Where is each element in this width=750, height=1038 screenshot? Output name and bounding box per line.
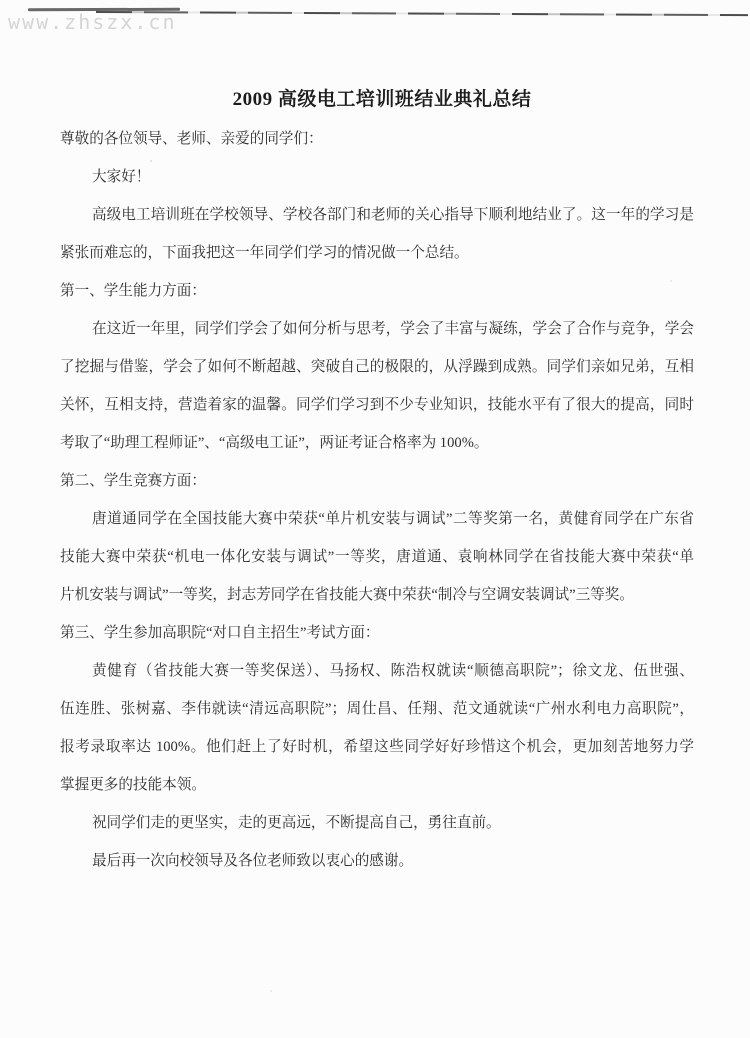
doc-line: 考取了“助理工程师证”、“高级电工证”，两证考证合格率为 100%。 [60,424,694,462]
doc-line: 唐道通同学在全国技能大赛中荣获“单片机安装与调试”二等奖第一名，黄健育同学在广东… [60,500,694,538]
document-title: 2009 高级电工培训班结业典礼总结 [0,84,750,111]
doc-line-greeting: 大家好！ [60,158,694,196]
doc-line: 报考录取率达 100%。他们赶上了好时机，希望这些同学好好珍惜这个机会，更加刻苦… [60,728,694,766]
scanned-document-page: www.zhszx.cn 2009 高级电工培训班结业典礼总结 尊敬的各位领导、… [0,0,750,1038]
doc-line: 高级电工培训班在学校领导、学校各部门和老师的关心指导下顺利地结业了。这一年的学习… [60,196,694,234]
doc-line: 祝同学们走的更坚实，走的更高远，不断提高自己，勇往直前。 [60,804,694,842]
doc-line: 伍连胜、张树嘉、李伟就读“清远高职院”；周仕昌、任翔、范文通就读“广州水利电力高… [60,690,694,728]
doc-line: 技能大赛中荣获“机电一体化安装与调试”一等奖，唐道通、袁响林同学在省技能大赛中荣… [60,538,694,576]
doc-line: 了挖掘与借鉴，学会了如何不断超越、突破自己的极限的，从浮躁到成熟。同学们亲如兄弟… [60,348,694,386]
doc-line-section-2: 第二、学生竞赛方面： [60,462,694,500]
doc-line-section-1: 第一、学生能力方面： [60,272,694,310]
doc-line-section-3: 第三、学生参加高职院“对口自主招生”考试方面： [60,614,694,652]
doc-line-closing: 最后再一次向校领导及各位老师致以衷心的感谢。 [60,842,694,880]
site-watermark: www.zhszx.cn [8,10,177,34]
doc-line: 黄健育（省技能大赛一等奖保送）、马扬权、陈浩权就读“顺德高职院”；徐文龙、伍世强… [60,652,694,690]
doc-line: 掌握更多的技能本领。 [60,766,694,804]
doc-line: 片机安装与调试”一等奖，封志芳同学在省技能大赛中荣获“制冷与空调安装调试”三等奖… [60,576,694,614]
document-body: 尊敬的各位领导、老师、亲爱的同学们： 大家好！ 高级电工培训班在学校领导、学校各… [60,120,694,880]
scan-edge-artifact-line [96,11,748,16]
doc-line-salutation: 尊敬的各位领导、老师、亲爱的同学们： [60,120,694,158]
doc-line: 关怀，互相支持，营造着家的温馨。同学们学习到不少专业知识，技能水平有了很大的提高… [60,386,694,424]
doc-line: 紧张而难忘的，下面我把这一年同学们学习的情况做一个总结。 [60,234,694,272]
doc-line: 在这近一年里，同学们学会了如何分析与思考，学会了丰富与凝练，学会了合作与竞争，学… [60,310,694,348]
